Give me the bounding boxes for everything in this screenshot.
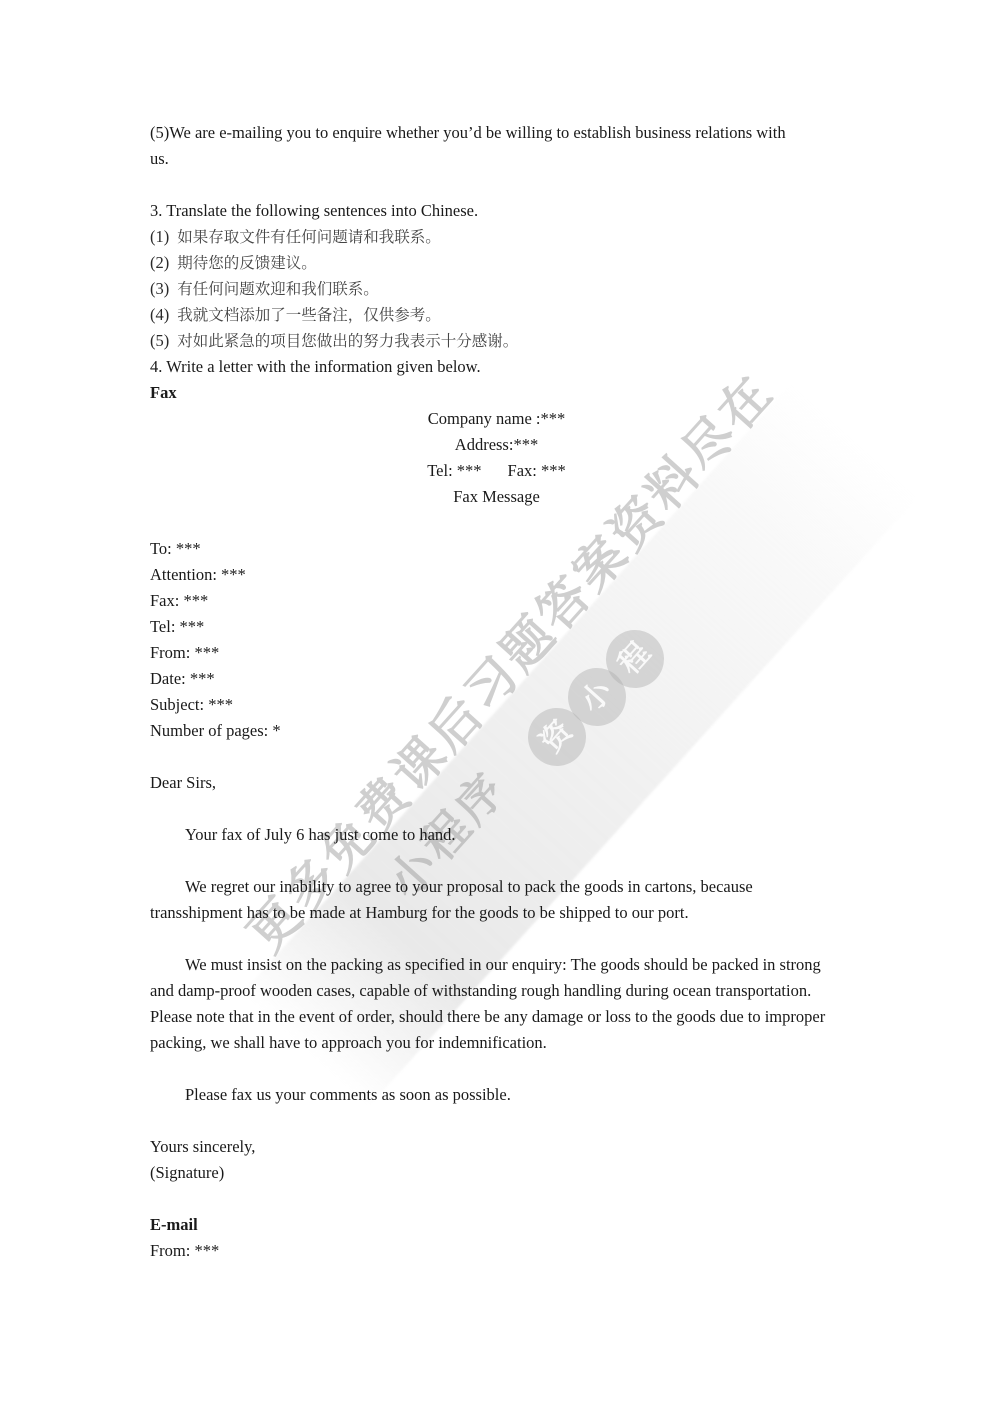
- email-field-from: From: ***: [150, 1238, 830, 1264]
- fax-letterhead: Company name :*** Address:*** Tel: ***Fa…: [150, 406, 843, 510]
- letter-paragraph: Your fax of July 6 has just come to hand…: [150, 822, 830, 848]
- q3-item-number: (5): [150, 331, 169, 350]
- fax-section-title: Fax: [150, 380, 830, 406]
- q4-heading: 4. Write a letter with the information g…: [150, 354, 830, 380]
- fax-field-subject: Subject: ***: [150, 692, 830, 718]
- fax-field-to: To: ***: [150, 536, 830, 562]
- letterhead-contact: Tel: ***Fax: ***: [150, 458, 843, 484]
- letterhead-address: Address:***: [150, 432, 843, 458]
- document-page: (5)We are e-mailing you to enquire wheth…: [150, 120, 830, 1264]
- q3-item: (4)我就文档添加了一些备注，仅供参考。: [150, 302, 830, 328]
- signature: (Signature): [150, 1160, 830, 1186]
- fax-field-from: From: ***: [150, 640, 830, 666]
- q2-item5-line2: us.: [150, 146, 830, 172]
- fax-field-fax: Fax: ***: [150, 588, 830, 614]
- q3-item-number: (1): [150, 227, 169, 246]
- q2-item5-line1: (5)We are e-mailing you to enquire wheth…: [150, 120, 830, 146]
- q3-item-text: 对如此紧急的项目您做出的努力我表示十分感谢。: [177, 332, 518, 350]
- letterhead-company: Company name :***: [150, 406, 843, 432]
- email-section-title: E-mail: [150, 1212, 830, 1238]
- q3-item-text: 我就文档添加了一些备注，仅供参考。: [177, 306, 441, 324]
- letterhead-tel: Tel: ***: [427, 461, 481, 480]
- q3-item-number: (4): [150, 305, 169, 324]
- q3-item: (2)期待您的反馈建议。: [150, 250, 830, 276]
- letter-paragraph: We regret our inability to agree to your…: [150, 874, 830, 926]
- letter-paragraph: We must insist on the packing as specifi…: [150, 952, 830, 1056]
- letter-paragraph: Please fax us your comments as soon as p…: [150, 1082, 830, 1108]
- fax-field-attention: Attention: ***: [150, 562, 830, 588]
- q3-item: (3)有任何问题欢迎和我们联系。: [150, 276, 830, 302]
- letterhead-message-title: Fax Message: [150, 484, 843, 510]
- q3-item-number: (2): [150, 253, 169, 272]
- q3-item: (1)如果存取文件有任何问题请和我联系。: [150, 224, 830, 250]
- letterhead-fax: Fax: ***: [508, 461, 566, 480]
- q3-item-number: (3): [150, 279, 169, 298]
- fax-field-pages: Number of pages: *: [150, 718, 830, 744]
- fax-field-tel: Tel: ***: [150, 614, 830, 640]
- q3-heading: 3. Translate the following sentences int…: [150, 198, 830, 224]
- q3-item: (5)对如此紧急的项目您做出的努力我表示十分感谢。: [150, 328, 830, 354]
- q3-item-text: 期待您的反馈建议。: [177, 254, 317, 272]
- fax-field-date: Date: ***: [150, 666, 830, 692]
- q3-item-text: 如果存取文件有任何问题请和我联系。: [177, 228, 441, 246]
- closing: Yours sincerely,: [150, 1134, 830, 1160]
- q3-item-text: 有任何问题欢迎和我们联系。: [177, 280, 379, 298]
- salutation: Dear Sirs,: [150, 770, 830, 796]
- fax-header-fields: To: *** Attention: *** Fax: *** Tel: ***…: [150, 536, 830, 744]
